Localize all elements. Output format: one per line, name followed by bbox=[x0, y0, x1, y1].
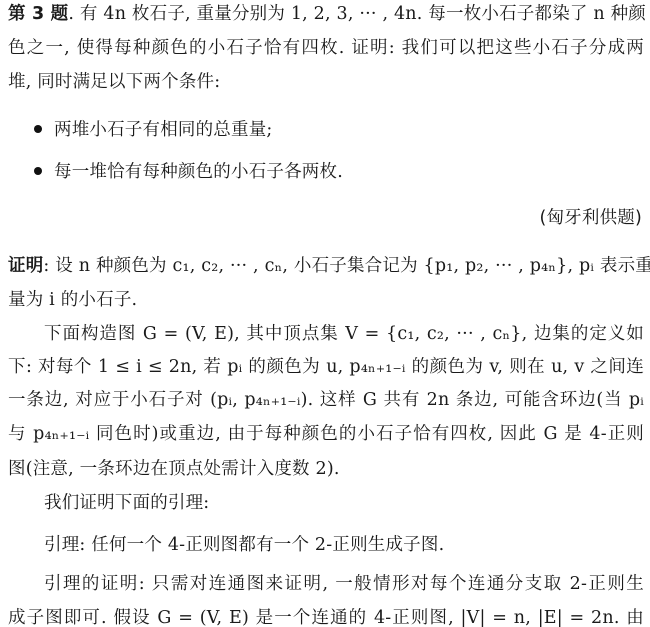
proof-line-7: 图(注意, 一条环边在顶点处需计入度数 2). bbox=[8, 458, 644, 480]
problem-line-2: 色之一, 使得每种颜色的小石子恰有四枚. 证明: 我们可以把这些小石子分成两 bbox=[8, 37, 644, 59]
bullet-icon bbox=[34, 167, 42, 175]
problem-line-3: 堆, 同时满足以下两个条件: bbox=[8, 71, 644, 93]
proof-line-3: 下面构造图 G = (V, E), 其中顶点集 V = {c₁, c₂, ···… bbox=[44, 323, 644, 345]
lemma-statement: 引理: 任何一个 4-正则图都有一个 2-正则生成子图. bbox=[44, 534, 644, 556]
lemma-proof-line-2: 成子图即可. 假设 G = (V, E) 是一个连通的 4-正则图, |V| =… bbox=[8, 607, 644, 627]
proof-line-6: 与 p₄ₙ₊₁₋ᵢ 同色时)或重边, 由于每种颜色的小石子恰有四枚, 因此 G … bbox=[8, 423, 644, 445]
proof-line-5: 一条边, 对应于小石子对 (pᵢ, p₄ₙ₊₁₋ᵢ). 这样 G 共有 2n 条… bbox=[8, 389, 644, 411]
bullet-icon bbox=[34, 125, 42, 133]
proof-line-4: 下: 对每个 1 ≤ i ≤ 2n, 若 pᵢ 的颜色为 u, p₄ₙ₊₁₋ᵢ … bbox=[8, 356, 644, 378]
problem-label: 第 3 题 bbox=[8, 4, 68, 24]
problem-line-1: 第 3 题. 有 4n 枚石子, 重量分别为 1, 2, 3, ··· , 4n… bbox=[8, 3, 644, 25]
proof-line-8: 我们证明下面的引理: bbox=[44, 492, 644, 514]
problem-source: (匈牙利供题) bbox=[539, 207, 642, 229]
proof-line-1: 证明: 设 n 种颜色为 c₁, c₂, ··· , cₙ, 小石子集合记为 {… bbox=[8, 255, 644, 277]
condition-item-1: 两堆小石子有相同的总重量; bbox=[34, 119, 644, 141]
condition-item-2: 每一堆恰有每种颜色的小石子各两枚. bbox=[34, 161, 644, 183]
proof-line-2: 量为 i 的小石子. bbox=[8, 289, 644, 311]
proof-label: 证明 bbox=[8, 256, 43, 276]
lemma-proof-line-1: 引理的证明: 只需对连通图来证明, 一般情形对每个连通分支取 2-正则生 bbox=[44, 573, 644, 595]
